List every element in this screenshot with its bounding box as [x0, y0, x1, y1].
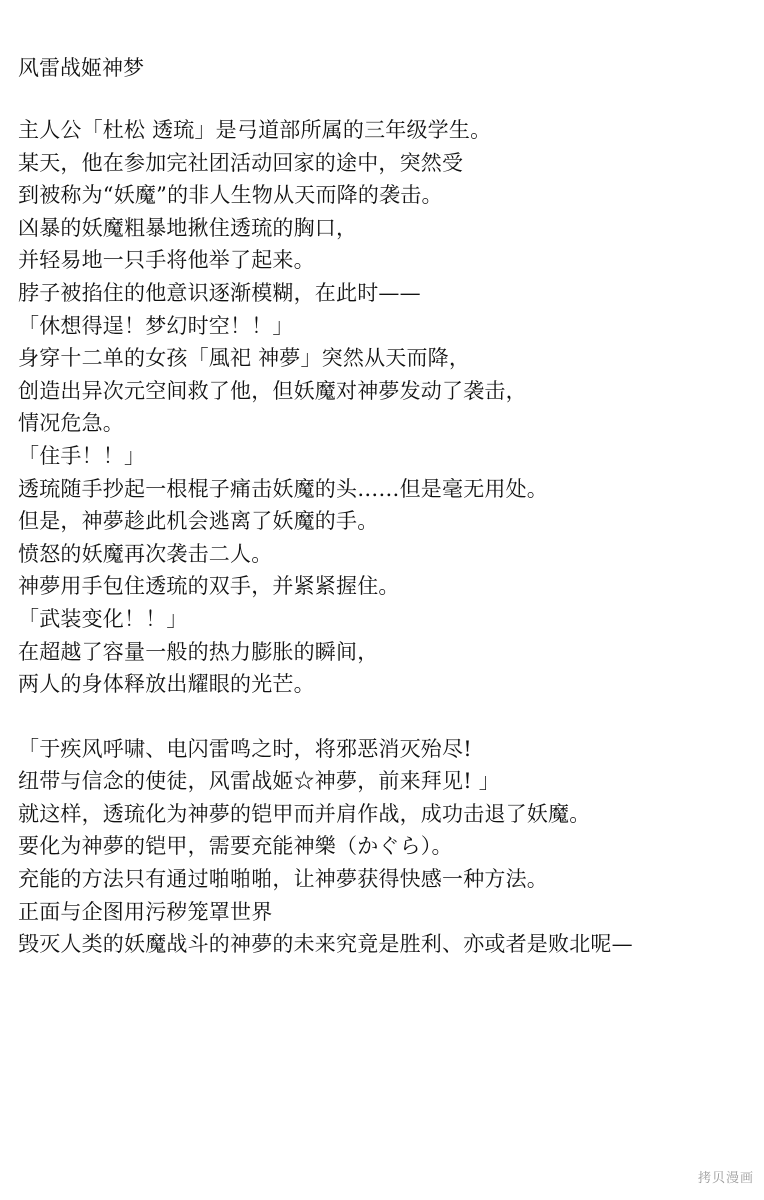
text-line: 愤怒的妖魔再次袭击二人。 [18, 538, 764, 571]
text-line: 毁灭人类的妖魔战斗的神夢的未来究竟是胜利、亦或者是败北呢— [18, 928, 764, 961]
text-line: 「于疾风呼啸、电闪雷鸣之时，将邪恶消灭殆尽! [18, 733, 764, 766]
text-line: 「住手！！」 [18, 440, 764, 473]
text-line: 但是，神夢趁此机会逃离了妖魔的手。 [18, 505, 764, 538]
text-line: 两人的身体释放出耀眼的光芒。 [18, 668, 764, 701]
text-line: 主人公「杜松 透琉」是弓道部所属的三年级学生。 [18, 114, 764, 147]
text-line: 就这样，透琉化为神夢的铠甲而并肩作战，成功击退了妖魔。 [18, 798, 764, 831]
text-line: 某天，他在参加完社团活动回家的途中，突然受 [18, 147, 764, 180]
text-line: 脖子被掐住的他意识逐渐模糊，在此时—— [18, 277, 764, 310]
text-line: 正面与企图用污秽笼罩世界 [18, 896, 764, 929]
text-line: 纽带与信念的使徒，风雷战姬☆神夢，前来拜见! 」 [18, 765, 764, 798]
text-line: 神夢用手包住透琉的双手，并紧紧握住。 [18, 570, 764, 603]
document-title: 风雷战姬神梦 [18, 52, 764, 84]
text-line: 在超越了容量一般的热力膨胀的瞬间， [18, 636, 764, 669]
text-line: 要化为神夢的铠甲，需要充能神樂（かぐら）。 [18, 830, 764, 863]
text-line: 情况危急。 [18, 407, 764, 440]
text-line: 「休想得逞！梦幻时空！！」 [18, 310, 764, 343]
document-page: 风雷战姬神梦 主人公「杜松 透琉」是弓道部所属的三年级学生。 某天，他在参加完社… [18, 52, 764, 961]
text-line: 并轻易地一只手将他举了起来。 [18, 244, 764, 277]
text-line: 凶暴的妖魔粗暴地揪住透琉的胸口， [18, 212, 764, 245]
text-line: 创造出异次元空间救了他，但妖魔对神夢发动了袭击， [18, 375, 764, 408]
paragraph-spacer [18, 701, 764, 733]
text-line: 透琉随手抄起一根棍子痛击妖魔的头……但是毫无用处。 [18, 473, 764, 506]
text-line: 「武装变化！！」 [18, 603, 764, 636]
watermark-logo: 拷贝漫画 [698, 1167, 754, 1186]
text-line: 充能的方法只有通过啪啪啪，让神夢获得快感一种方法。 [18, 863, 764, 896]
paragraph-synopsis-part-2: 「于疾风呼啸、电闪雷鸣之时，将邪恶消灭殆尽! 纽带与信念的使徒，风雷战姬☆神夢，… [18, 733, 764, 961]
text-line: 身穿十二单的女孩「風祀 神夢」突然从天而降， [18, 342, 764, 375]
paragraph-synopsis-part-1: 主人公「杜松 透琉」是弓道部所属的三年级学生。 某天，他在参加完社团活动回家的途… [18, 114, 764, 701]
text-line: 到被称为“妖魔”的非人生物从天而降的袭击。 [18, 179, 764, 212]
